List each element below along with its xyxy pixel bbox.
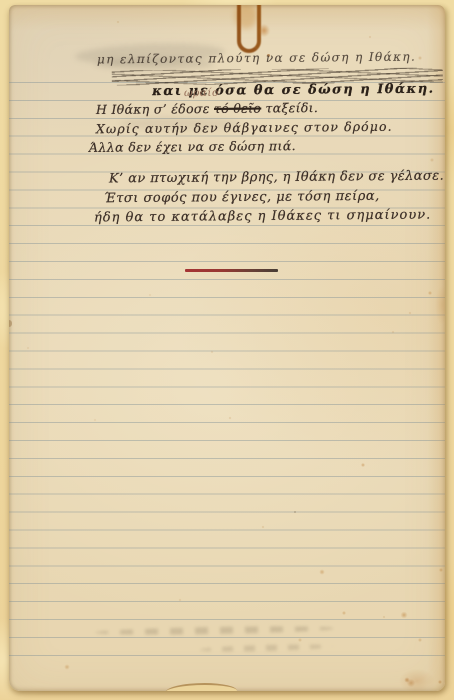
manuscript-page: μη ελπίζοντας πλούτη να σε δώση η Ιθάκη.…: [9, 5, 445, 691]
scanned-manuscript-photo: μη ελπίζοντας πλούτη να σε δώση η Ιθάκη.…: [0, 0, 454, 700]
foxing-stains: [9, 5, 445, 691]
